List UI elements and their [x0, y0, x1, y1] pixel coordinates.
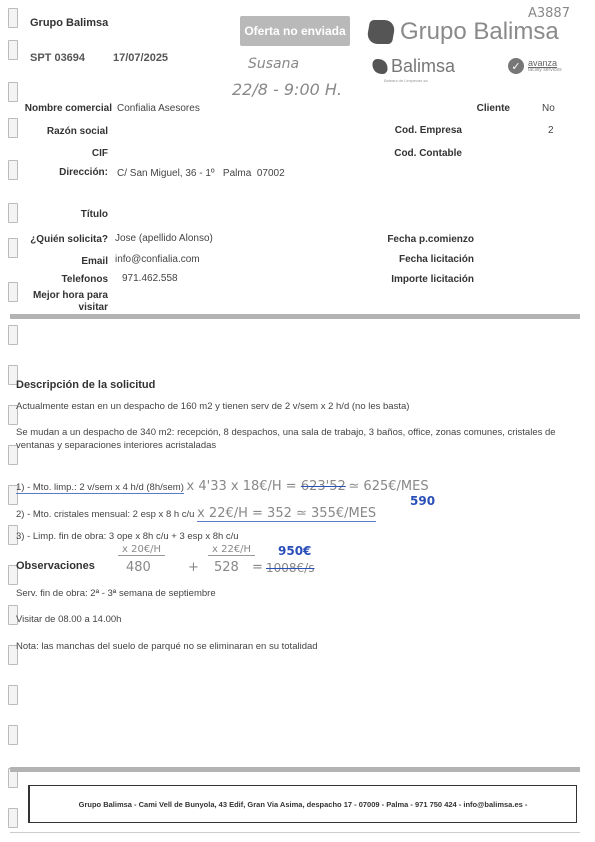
- item-text: 1) - Mto. limp.: 2 v/sem x 4 h/d (8h/sem…: [16, 482, 184, 494]
- balimsa-b-icon: [366, 20, 396, 44]
- binder-mark: [8, 325, 18, 345]
- calc-rate-1: x 20€/H: [118, 544, 165, 556]
- label-mejor-hora: Mejor hora para visitar: [28, 290, 108, 314]
- observation-line: Serv. fin de obra: 2ª - 3ª semana de sep…: [16, 588, 216, 599]
- value-nombre-comercial: Confialia Asesores: [117, 103, 200, 114]
- label-email: Email: [0, 256, 108, 267]
- calc-correction: 950€: [278, 544, 311, 558]
- binder-mark: [8, 685, 18, 705]
- value-telefonos: 971.462.558: [122, 273, 178, 284]
- value-cod-empresa: 2: [548, 125, 554, 136]
- calc-total-1: 480: [126, 560, 151, 575]
- label-fecha-licitacion: Fecha licitación: [360, 254, 474, 265]
- balimsa-b-icon: [371, 59, 390, 74]
- reference-date: 17/07/2025: [113, 52, 168, 64]
- binder-mark: [8, 82, 18, 102]
- request-item-3: 3) - Limp. fin de obra: 3 ope x 8h c/u +…: [16, 531, 239, 542]
- label-importe-licitacion: Importe licitación: [360, 274, 474, 285]
- avanza-tagline: facility services: [528, 68, 562, 73]
- balimsa-tagline: Balears de Limpiezas sa: [384, 78, 428, 83]
- observation-line: Nota: las manchas del suelo de parqué no…: [16, 641, 318, 652]
- item-text: 2) - Mto. cristales mensual: 2 esp x 8 h…: [16, 509, 194, 520]
- label-cod-empresa: Cod. Empresa: [380, 125, 462, 136]
- label-razon-social: Razón social: [0, 126, 108, 137]
- request-item-1: 1) - Mto. limp.: 2 v/sem x 4 h/d (8h/sem…: [16, 479, 429, 494]
- label-telefonos: Telefonos: [0, 274, 108, 285]
- label-cod-contable: Cod. Contable: [380, 148, 462, 159]
- label-cif: CIF: [0, 148, 108, 159]
- bottom-rule: [10, 832, 580, 833]
- binder-mark: [8, 40, 18, 60]
- calc-rate-2: x 22€/H: [208, 544, 255, 556]
- check-icon: ✓: [508, 58, 524, 74]
- logo-text: Grupo Balimsa: [400, 18, 559, 46]
- request-title: Descripción de la solicitud: [16, 379, 155, 391]
- grupo-balimsa-logo: Grupo Balimsa: [368, 18, 559, 46]
- label-fecha-comienzo: Fecha p.comienzo: [360, 234, 474, 245]
- label-cliente: Cliente: [440, 103, 510, 114]
- value-cliente: No: [542, 103, 555, 114]
- label-direccion: Dirección:: [0, 167, 108, 178]
- binder-mark: [8, 808, 18, 828]
- handwritten-calc: x 22€/H = 352 ≃ 355€/MES: [197, 506, 376, 522]
- footer-divider: [10, 767, 580, 772]
- handwritten-signature: Susana: [248, 56, 299, 72]
- request-item-2: 2) - Mto. cristales mensual: 2 esp x 8 h…: [16, 506, 376, 521]
- calc-total-2: 528: [214, 560, 239, 575]
- logo-text: Balimsa: [391, 56, 455, 77]
- value-quien-solicita: Jose (apellido Alonso): [115, 233, 213, 244]
- calc-equals: =: [252, 560, 263, 575]
- request-paragraph: Se mudan a un despacho de 340 m2: recepc…: [16, 426, 571, 452]
- binder-mark: [8, 725, 18, 745]
- value-email: info@confialia.com: [115, 254, 200, 265]
- label-quien-solicita: ¿Quién solicita?: [0, 234, 108, 245]
- balimsa-logo: Balimsa: [372, 56, 455, 77]
- observations-title: Observaciones: [16, 560, 95, 572]
- status-badge: Oferta no enviada: [240, 16, 350, 46]
- observation-line: Visitar de 08.00 a 14.00h: [16, 614, 121, 625]
- binder-mark: [8, 8, 18, 28]
- company-name: Grupo Balimsa: [30, 17, 108, 29]
- handwritten-appointment: 22/8 - 9:00 H.: [232, 80, 342, 99]
- calc-plus: +: [188, 560, 199, 575]
- footer-address: Grupo Balimsa - Cami Vell de Bunyola, 43…: [28, 785, 577, 823]
- label-titulo: Título: [0, 209, 108, 220]
- handwritten-result: ≃ 625€/MES: [348, 479, 428, 494]
- label-nombre-comercial: Nombre comercial: [0, 103, 112, 114]
- handwritten-correction: 590: [410, 494, 435, 508]
- avanza-logo: ✓ avanza facility services: [508, 58, 562, 74]
- handwritten-calc: x 4'33 x 18€/H =: [187, 479, 301, 494]
- value-direccion: C/ San Miguel, 36 - 1º Palma 07002: [117, 168, 285, 179]
- handwritten-struck: 623'52: [301, 479, 346, 494]
- section-divider: [10, 314, 580, 319]
- binder-mark: [8, 282, 18, 302]
- reference-number: SPT 03694: [30, 52, 85, 64]
- calc-struck: 1008€/s: [266, 561, 314, 575]
- request-paragraph: Actualmente estan en un despacho de 160 …: [16, 401, 576, 412]
